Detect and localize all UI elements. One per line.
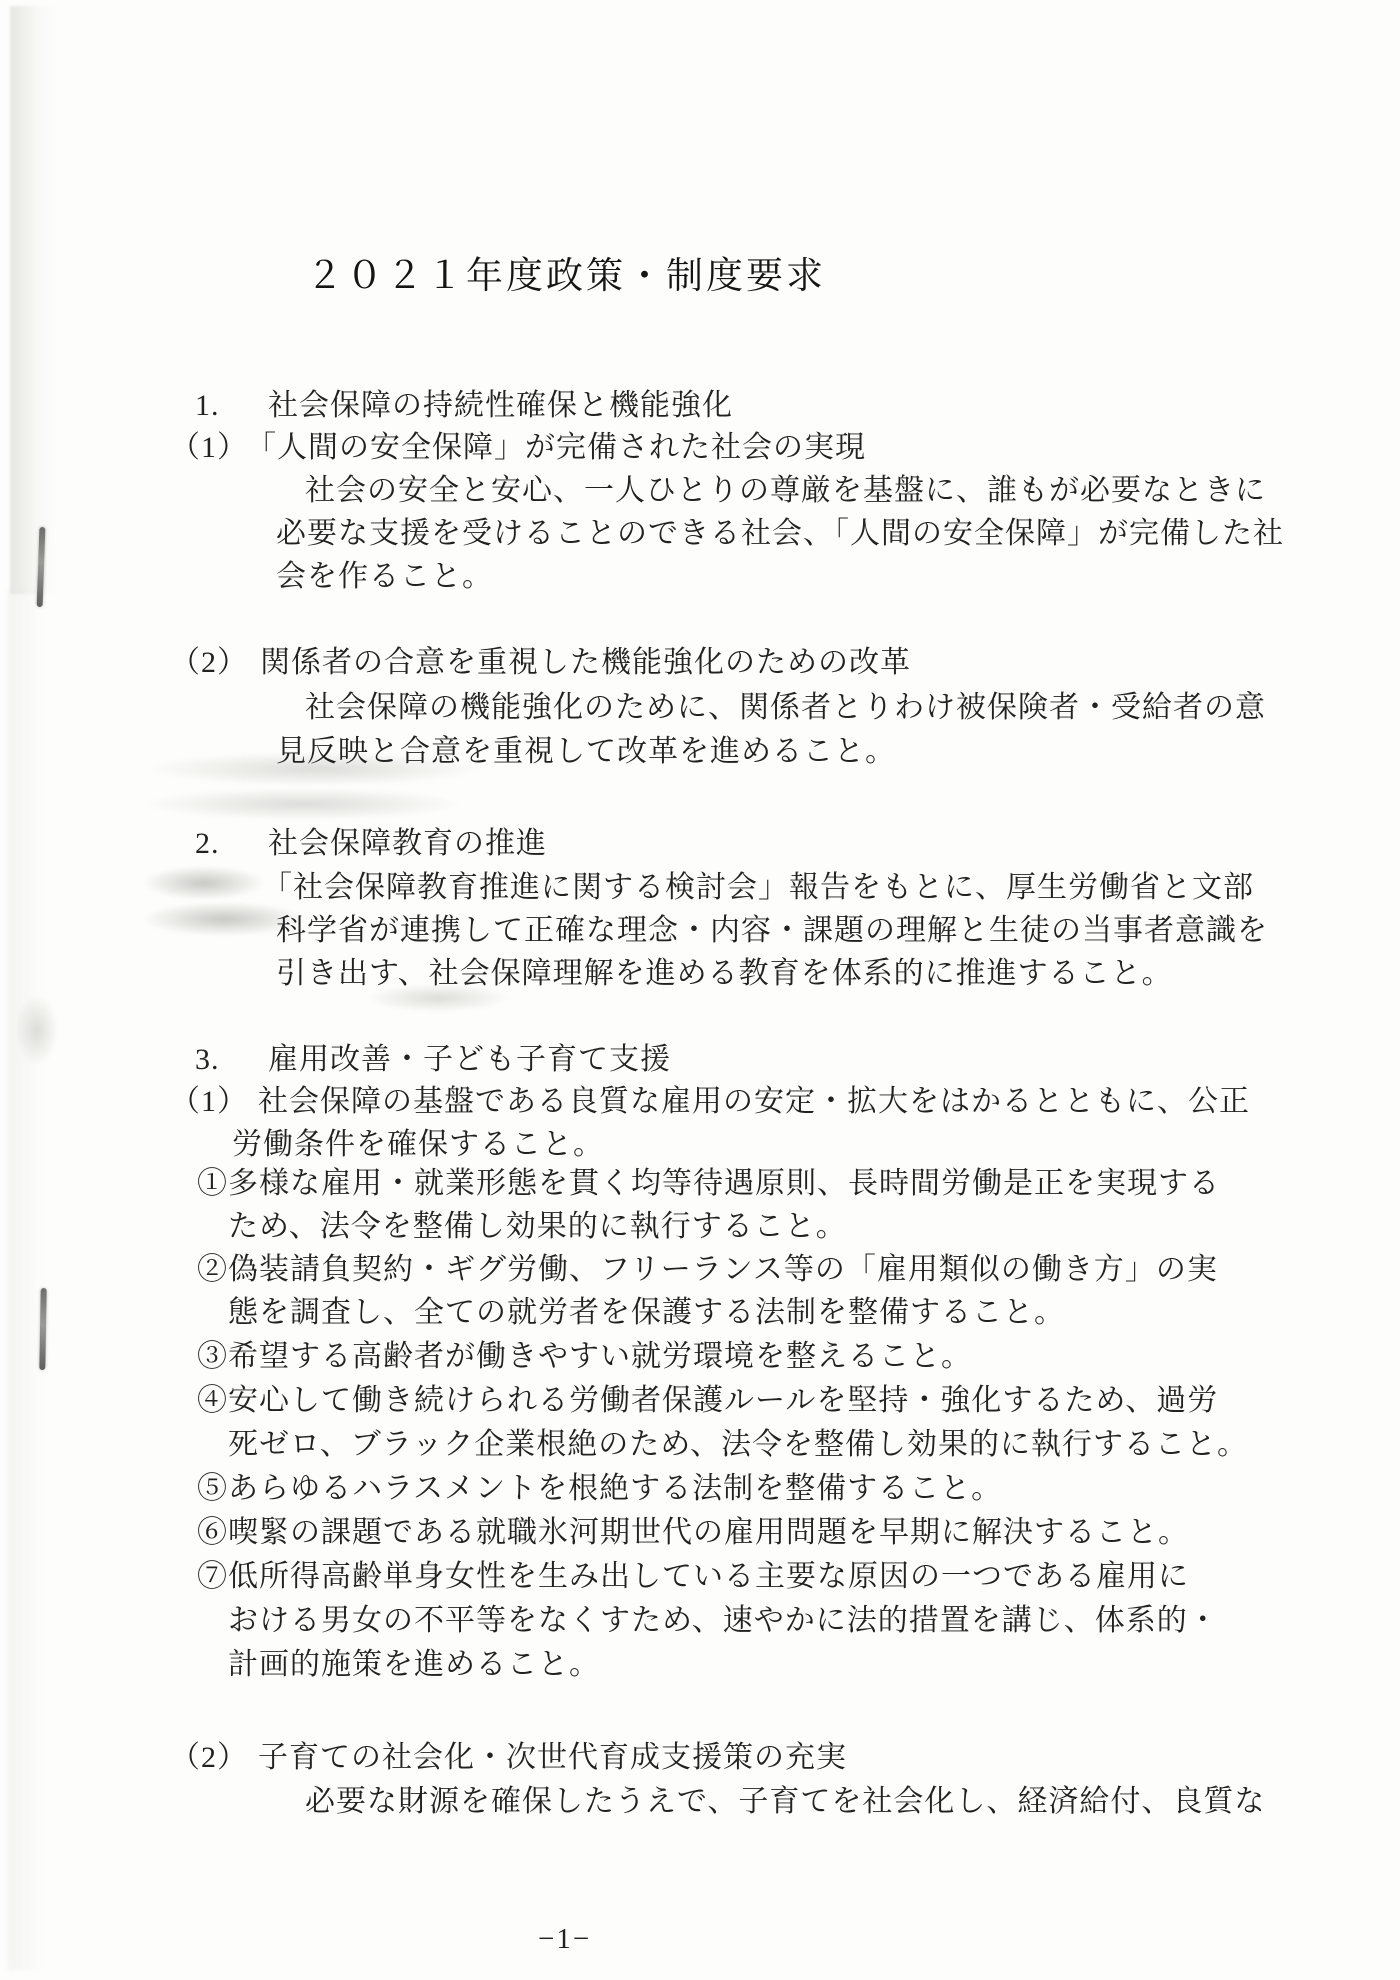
section-heading: 雇用改善・子ども子育て支援 [268,1042,671,1078]
body-line: 必要な財源を確保したうえで、子育てを社会化し、経済給付、良質な [305,1784,1265,1820]
body-line: 見反映と合意を重視して改革を進めること。 [276,734,896,770]
subsection-heading: 子育ての社会化・次世代育成支援策の充実 [258,1740,847,1776]
scan-smudge [16,995,58,1065]
item-line: 計画的施策を進めること。 [228,1647,600,1683]
subsection-label: （2） [170,645,248,681]
subsection-label: （2） [170,1740,248,1776]
left-edge-scan-shadow-lower [8,590,42,1970]
body-line: 必要な支援を受けることのできる社会、「人間の安全保障」が完備した社 [276,516,1284,552]
subsection-label: （1） [170,1084,248,1120]
item-line: ⑤あらゆるハラスメントを根絶する法制を整備すること。 [197,1471,1002,1507]
body-line: 労働条件を確保すること。 [232,1127,604,1163]
section-number: 1. [195,388,220,424]
section-number: 2. [195,826,220,862]
subsection-heading: 関係者の合意を重視した機能強化のための改革 [260,645,911,681]
item-line: 態を調査し、全ての就労者を保護する法制を整備すること。 [228,1295,1065,1331]
section-number: 3. [195,1042,220,1078]
item-line: ①多様な雇用・就業形態を貫く均等待遇原則、長時間労働是正を実現する [197,1166,1220,1202]
left-edge-scan-shadow [10,6,56,594]
item-line: ため、法令を整備し効果的に執行すること。 [228,1209,847,1245]
ink-bleed-through [148,788,458,820]
scanned-document-page: ２０２１年度政策・制度要求1.社会保障の持続性確保と機能強化（1）「人間の安全保… [0,0,1400,1980]
body-line: 社会の安全と安心、一人ひとりの尊厳を基盤に、誰もが必要なときに [305,473,1266,509]
section-heading: 社会保障の持続性確保と機能強化 [268,388,733,424]
staple-mark-lower [39,1288,46,1370]
page-number: −1− [538,1922,591,1957]
body-line: 社会保障の機能強化のために、関係者とりわけ被保険者・受給者の意 [305,690,1266,726]
body-line: 引き出す、社会保障理解を進める教育を体系的に推進すること。 [276,956,1173,992]
body-line: 科学省が連携して正確な理念・内容・課題の理解と生徒の当事者意識を [276,913,1268,949]
item-line: ③希望する高齢者が働きやすい就労環境を整えること。 [197,1339,972,1375]
subsection-heading: 社会保障の基盤である良質な雇用の安定・拡大をはかるとともに、公正 [258,1084,1250,1120]
item-line: ⑦低所得高齢単身女性を生み出している主要な原因の一つである雇用に [197,1559,1189,1595]
ink-bleed-through [144,866,264,900]
item-line: 死ゼロ、ブラック企業根絶のため、法令を整備し効果的に執行すること。 [228,1427,1248,1463]
item-line: ②偽装請負契約・ギグ労働、フリーランス等の「雇用類似の働き方」の実 [197,1252,1218,1288]
page-title: ２０２１年度政策・制度要求 [306,255,826,299]
item-line: ④安心して働き続けられる労働者保護ルールを堅持・強化するため、過労 [197,1383,1218,1419]
body-line: 「社会保障教育推進に関する検討会」報告をもとに、厚生労働省と文部 [262,870,1254,906]
section-heading: 社会保障教育の推進 [268,826,547,862]
body-line: 会を作ること。 [276,559,493,595]
item-line: おける男女の不平等をなくすため、速やかに法的措置を講じ、体系的・ [228,1603,1219,1639]
subsection-label: （1） [170,430,248,466]
item-line: ⑥喫緊の課題である就職氷河期世代の雇用問題を早期に解決すること。 [197,1515,1189,1551]
subsection-heading: 「人間の安全保障」が完備された社会の実現 [246,430,866,466]
